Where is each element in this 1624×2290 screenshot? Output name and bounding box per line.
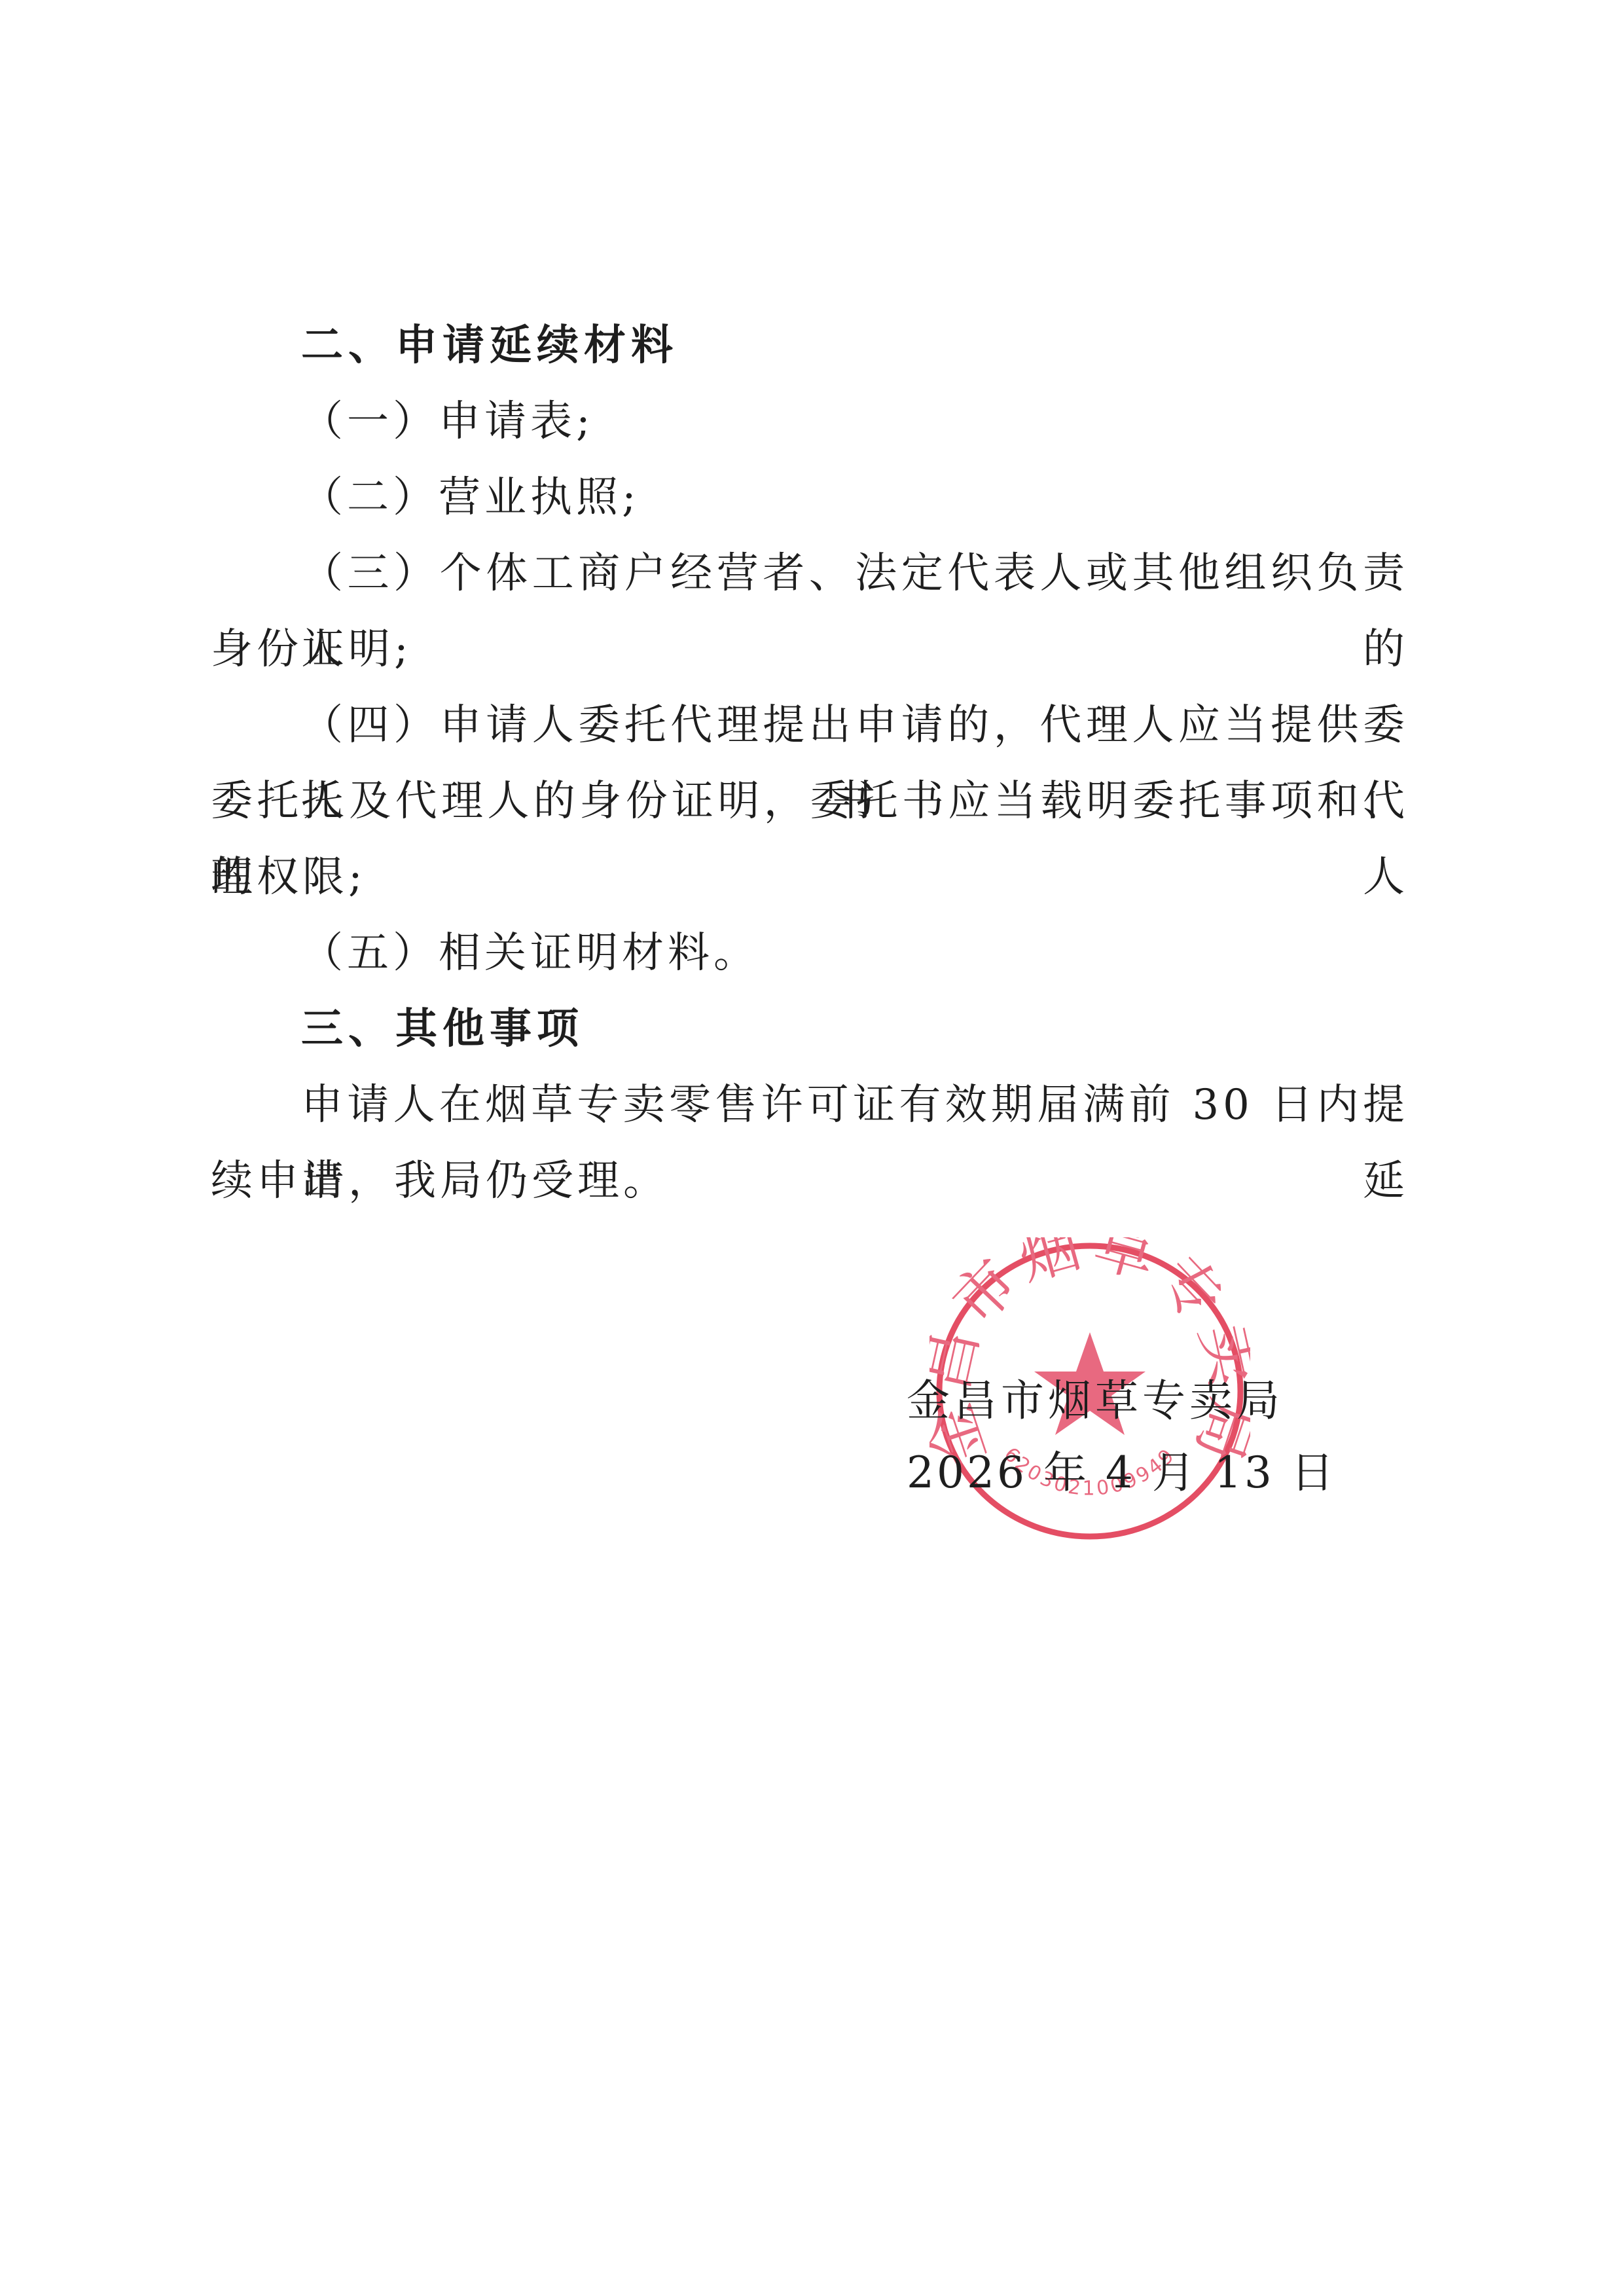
issue-date: 2026 年 4 月 13 日 bbox=[907, 1437, 1337, 1509]
list-item: （二）营业执照; bbox=[211, 460, 1409, 536]
section-heading-materials: 二、申请延续材料 bbox=[211, 308, 1409, 384]
list-item: （五）相关证明材料。 bbox=[211, 915, 1409, 991]
paragraph: 申请人在烟草专卖零售许可证有效期届满前 30 日内提出延 bbox=[211, 1067, 1409, 1143]
list-item: （四）申请人委托代理提出申请的，代理人应当提供委托书、 bbox=[211, 687, 1409, 763]
signature-block: 金昌市烟草专卖局 2026 年 4 月 13 日 bbox=[907, 1365, 1337, 1509]
list-item-continuation: 委托人及代理人的身份证明，委托书应当载明委托事项和代理人 bbox=[211, 763, 1409, 839]
section-heading-other: 三、其他事项 bbox=[211, 991, 1409, 1067]
document-page: 二、申请延续材料 （一）申请表; （二）营业执照; （三）个体工商户经营者、法定… bbox=[0, 0, 1624, 2290]
list-item: （一）申请表; bbox=[211, 384, 1409, 460]
document-body: 二、申请延续材料 （一）申请表; （二）营业执照; （三）个体工商户经营者、法定… bbox=[211, 308, 1409, 1219]
list-item: （三）个体工商户经营者、法定代表人或其他组织负责人的 bbox=[211, 536, 1409, 611]
issuer-name: 金昌市烟草专卖局 bbox=[907, 1365, 1337, 1437]
